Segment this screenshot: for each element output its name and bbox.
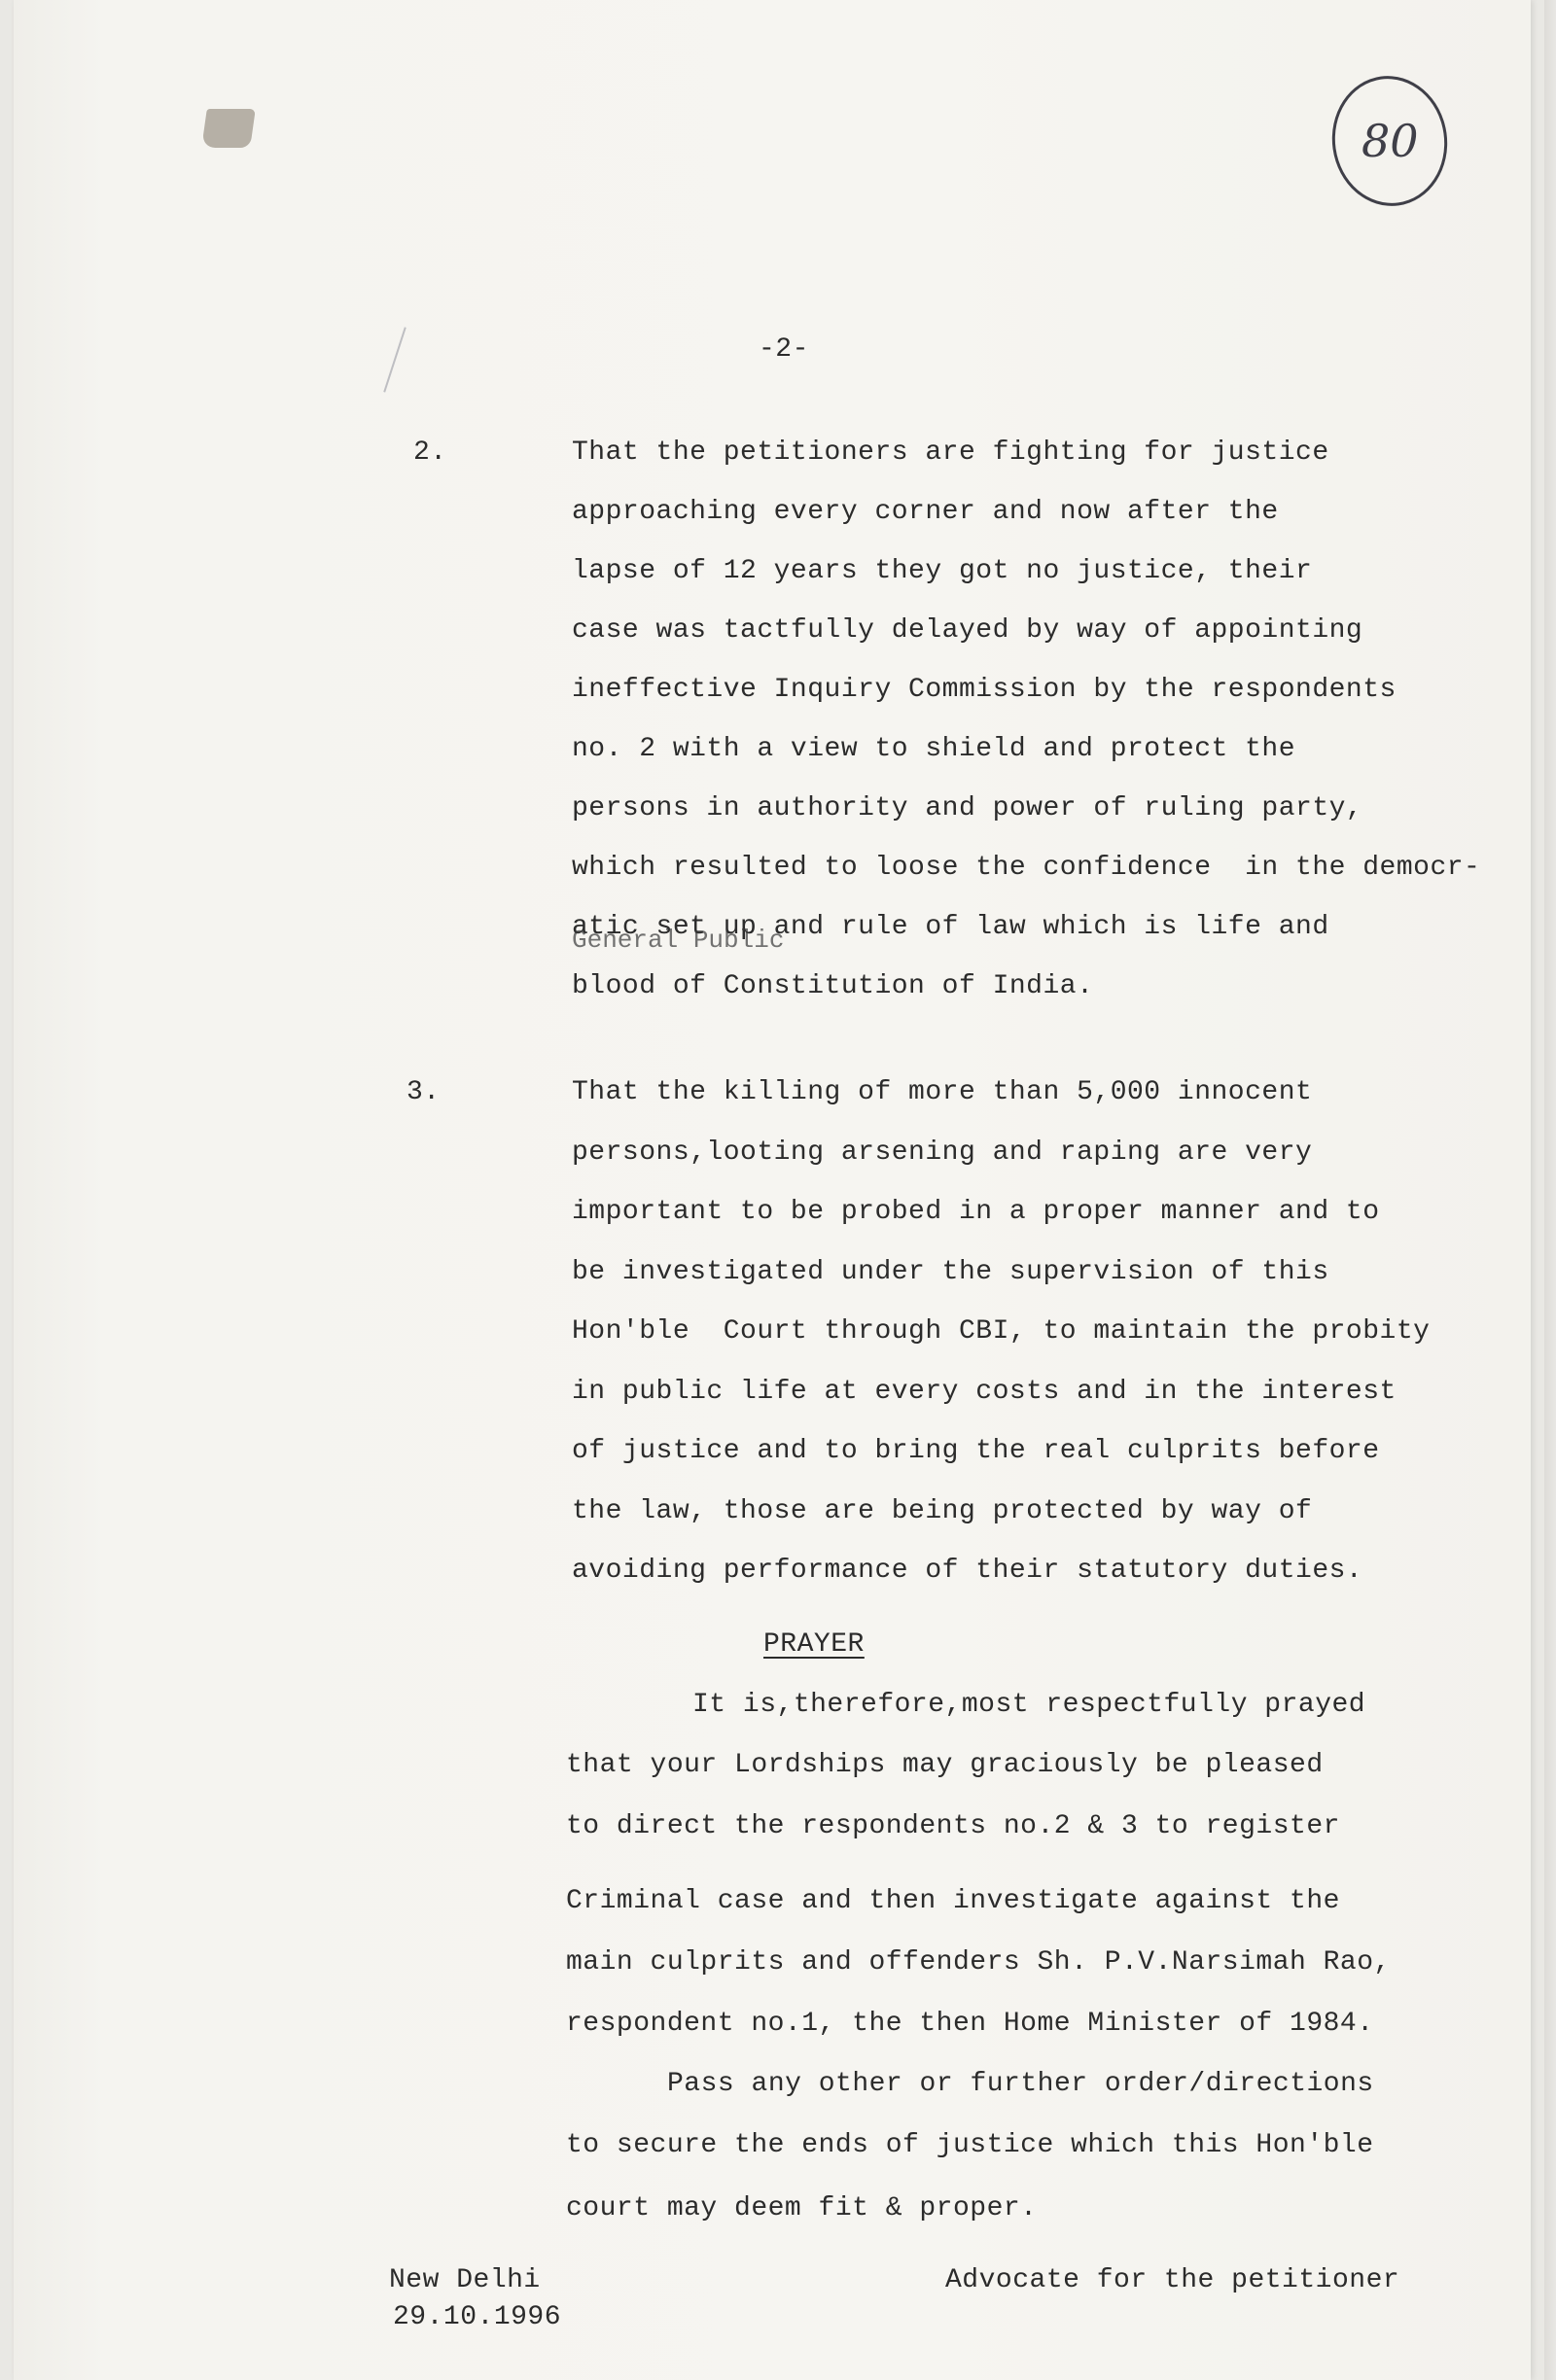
text-line: main culprits and offenders Sh. P.V.Nars… [566,1949,1391,1977]
text-line: ineffective Inquiry Commission by the re… [572,677,1397,704]
text-line: respondent no.1, the then Home Minister … [566,2011,1374,2038]
text-line: That the killing of more than 5,000 inno… [572,1079,1312,1106]
text-line: case was tactfully delayed by way of app… [572,617,1362,645]
paragraph-number: 2. [413,439,447,467]
punch-hole-mark [201,109,256,148]
text-line: persons,looting arsening and raping are … [572,1139,1312,1167]
footer-signature: Advocate for the petitioner [945,2267,1399,2294]
text-line: to direct the respondents no.2 & 3 to re… [566,1813,1340,1840]
text-line: the law, those are being protected by wa… [572,1498,1312,1525]
text-line: That the petitioners are fighting for ju… [572,439,1329,467]
text-line: of justice and to bring the real culprit… [572,1438,1380,1465]
footer-date: 29.10.1996 [393,2304,561,2331]
text-line: It is,therefore,most respectfully prayed [692,1692,1365,1719]
text-line: lapse of 12 years they got no justice, t… [572,558,1312,585]
page-number: -2- [759,336,809,364]
text-line: Criminal case and then investigate again… [566,1888,1340,1915]
text-line: persons in authority and power of ruling… [572,795,1362,822]
text-line: that your Lordships may graciously be pl… [566,1752,1324,1779]
text-line: be investigated under the supervision of… [572,1259,1329,1286]
text-line: Hon'ble Court through CBI, to maintain t… [572,1318,1430,1346]
page-annotation-number: 80 [1361,115,1419,167]
footer-place: New Delhi [389,2267,541,2294]
page-edge [1544,0,1556,2380]
prayer-heading: PRAYER [763,1631,865,1659]
text-line: in public life at every costs and in the… [572,1379,1397,1406]
paragraph-number: 3. [407,1079,441,1106]
text-line: approaching every corner and now after t… [572,499,1279,526]
text-line: which resulted to loose the confidence i… [572,855,1480,882]
text-line: no. 2 with a view to shield and protect … [572,736,1295,763]
text-line: blood of Constitution of India. [572,973,1093,1000]
overtyped-text: General Public [572,926,784,955]
text-line: court may deem fit & proper. [566,2195,1037,2222]
text-line: important to be probed in a proper manne… [572,1199,1380,1226]
text-line: Pass any other or further order/directio… [667,2071,1374,2098]
text-line: avoiding performance of their statutory … [572,1557,1362,1585]
text-line: to secure the ends of justice which this… [566,2132,1374,2159]
